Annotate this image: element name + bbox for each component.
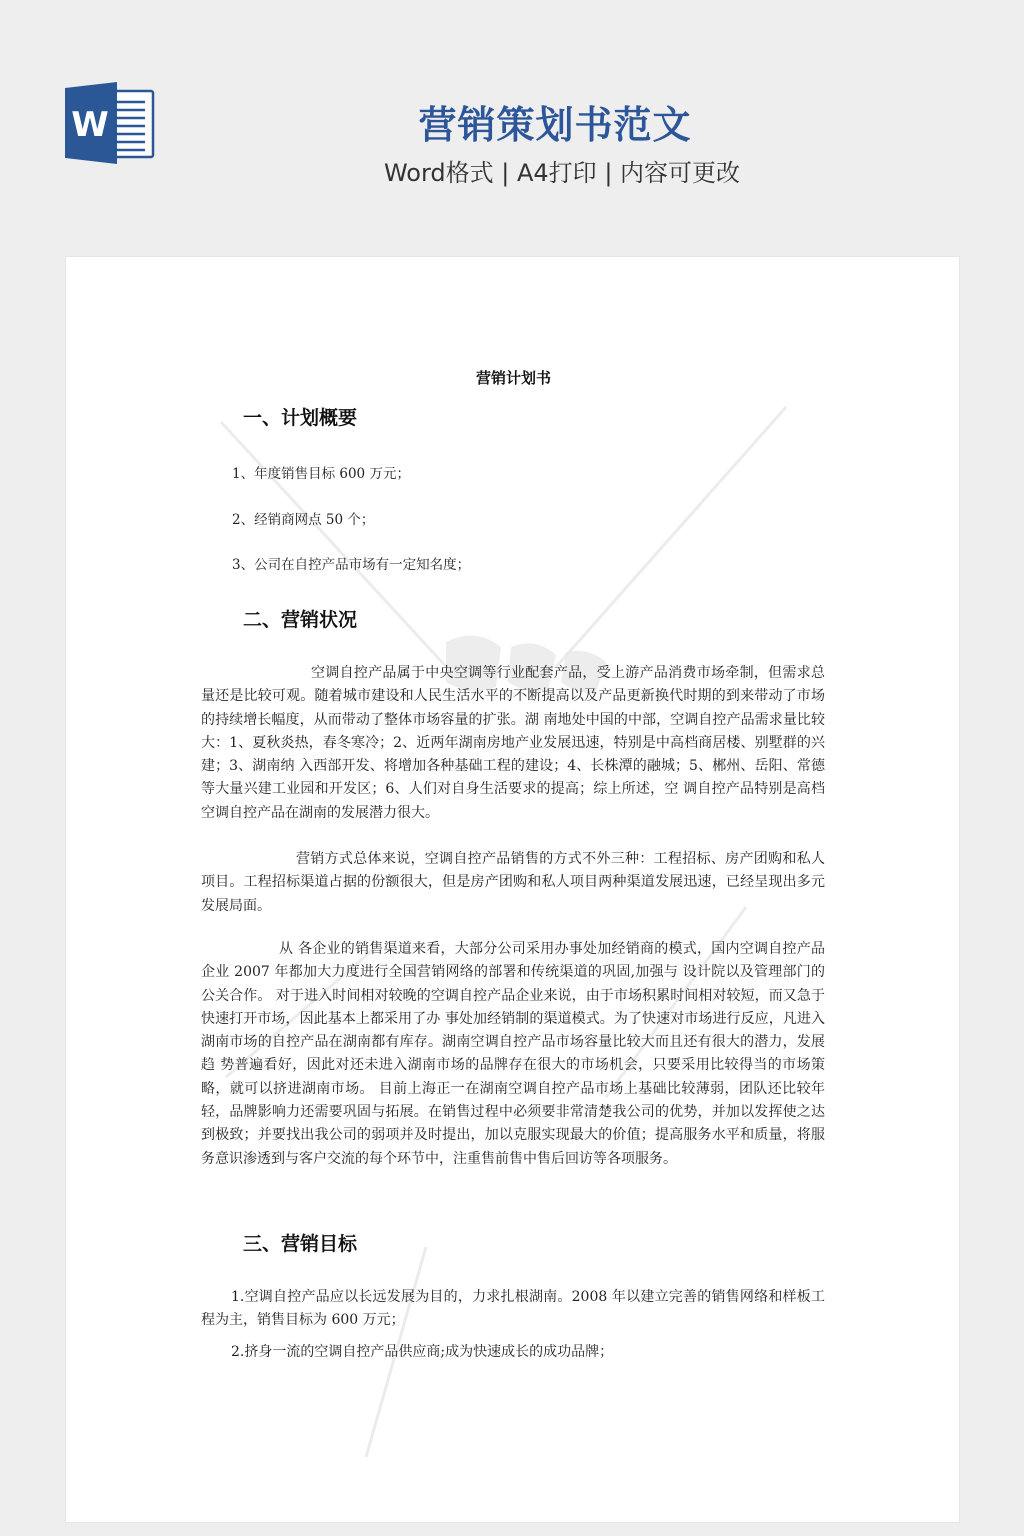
goal-item: 2.挤身一流的空调自控产品供应商;成为快速成长的成功品牌； <box>201 1341 825 1364</box>
header-banner: W 营销策划书范文 Word格式 | A4打印 | 内容可更改 <box>0 0 1024 256</box>
list-item: 3、公司在自控产品市场有一定知名度； <box>232 553 470 573</box>
list-item: 2、经销商网点 50 个； <box>232 508 374 528</box>
word-document-icon: W <box>65 82 155 164</box>
section-heading-plan-summary: 一、计划概要 <box>243 403 357 430</box>
section-heading-marketing-status: 二、营销状况 <box>243 605 357 632</box>
document-page: 营销计划书 一、计划概要 1、年度销售目标 600 万元； 2、经销商网点 50… <box>65 256 960 1523</box>
svg-text:W: W <box>71 105 109 145</box>
paragraph: 从 各企业的销售渠道来看，大部分公司采用办事处加经销商的模式，国内空调自控产品企… <box>201 938 825 1171</box>
section-heading-marketing-goals: 三、营销目标 <box>243 1229 357 1256</box>
paragraph: 空调自控产品属于中央空调等行业配套产品，受上游产品消费市场牵制，但需求总量还是比… <box>201 662 825 825</box>
list-item: 1、年度销售目标 600 万元； <box>232 462 410 482</box>
paragraph: 营销方式总体来说，空调自控产品销售的方式不外三种：工程招标、房产团购和私人项目。… <box>201 848 825 918</box>
document-title: 营销计划书 <box>66 367 960 388</box>
banner-subtitle: Word格式 | A4打印 | 内容可更改 <box>366 153 758 188</box>
goal-item: 1.空调自控产品应以长远发展为目的，力求扎根湖南。2008 年以建立完善的销售网… <box>201 1286 825 1333</box>
banner-title: 营销策划书范文 <box>380 94 730 149</box>
